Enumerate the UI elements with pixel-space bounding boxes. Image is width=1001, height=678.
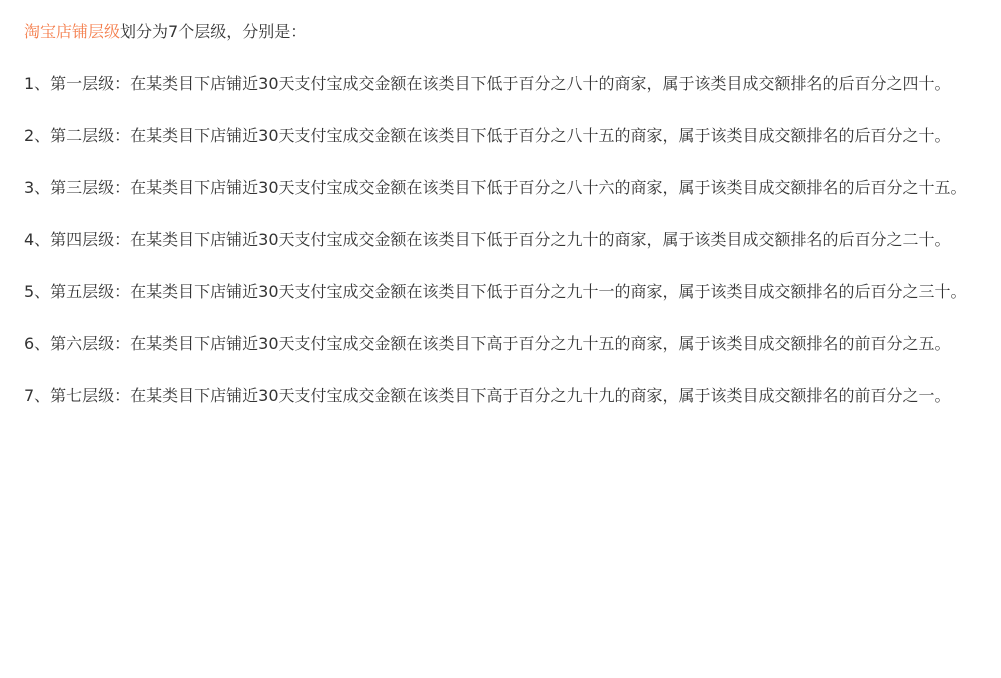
level-1-paragraph: 1、第一层级：在某类目下店铺近30天支付宝成交金额在该类目下低于百分之八十的商家… (24, 66, 983, 102)
taobao-store-level-link[interactable]: 淘宝店铺层级 (24, 22, 120, 41)
level-2-paragraph: 2、第二层级：在某类目下店铺近30天支付宝成交金额在该类目下低于百分之八十五的商… (24, 118, 983, 154)
level-4-paragraph: 4、第四层级：在某类目下店铺近30天支付宝成交金额在该类目下低于百分之九十的商家… (24, 222, 983, 258)
level-7-paragraph: 7、第七层级：在某类目下店铺近30天支付宝成交金额在该类目下高于百分之九十九的商… (24, 378, 983, 414)
level-6-paragraph: 6、第六层级：在某类目下店铺近30天支付宝成交金额在该类目下高于百分之九十五的商… (24, 326, 983, 362)
level-3-paragraph: 3、第三层级：在某类目下店铺近30天支付宝成交金额在该类目下低于百分之八十六的商… (24, 170, 983, 206)
intro-paragraph: 淘宝店铺层级划分为7个层级，分别是： (24, 14, 983, 50)
intro-text: 划分为7个层级，分别是： (120, 22, 306, 41)
article-body: 淘宝店铺层级划分为7个层级，分别是： 1、第一层级：在某类目下店铺近30天支付宝… (0, 0, 1001, 414)
level-5-paragraph: 5、第五层级：在某类目下店铺近30天支付宝成交金额在该类目下低于百分之九十一的商… (24, 274, 983, 310)
